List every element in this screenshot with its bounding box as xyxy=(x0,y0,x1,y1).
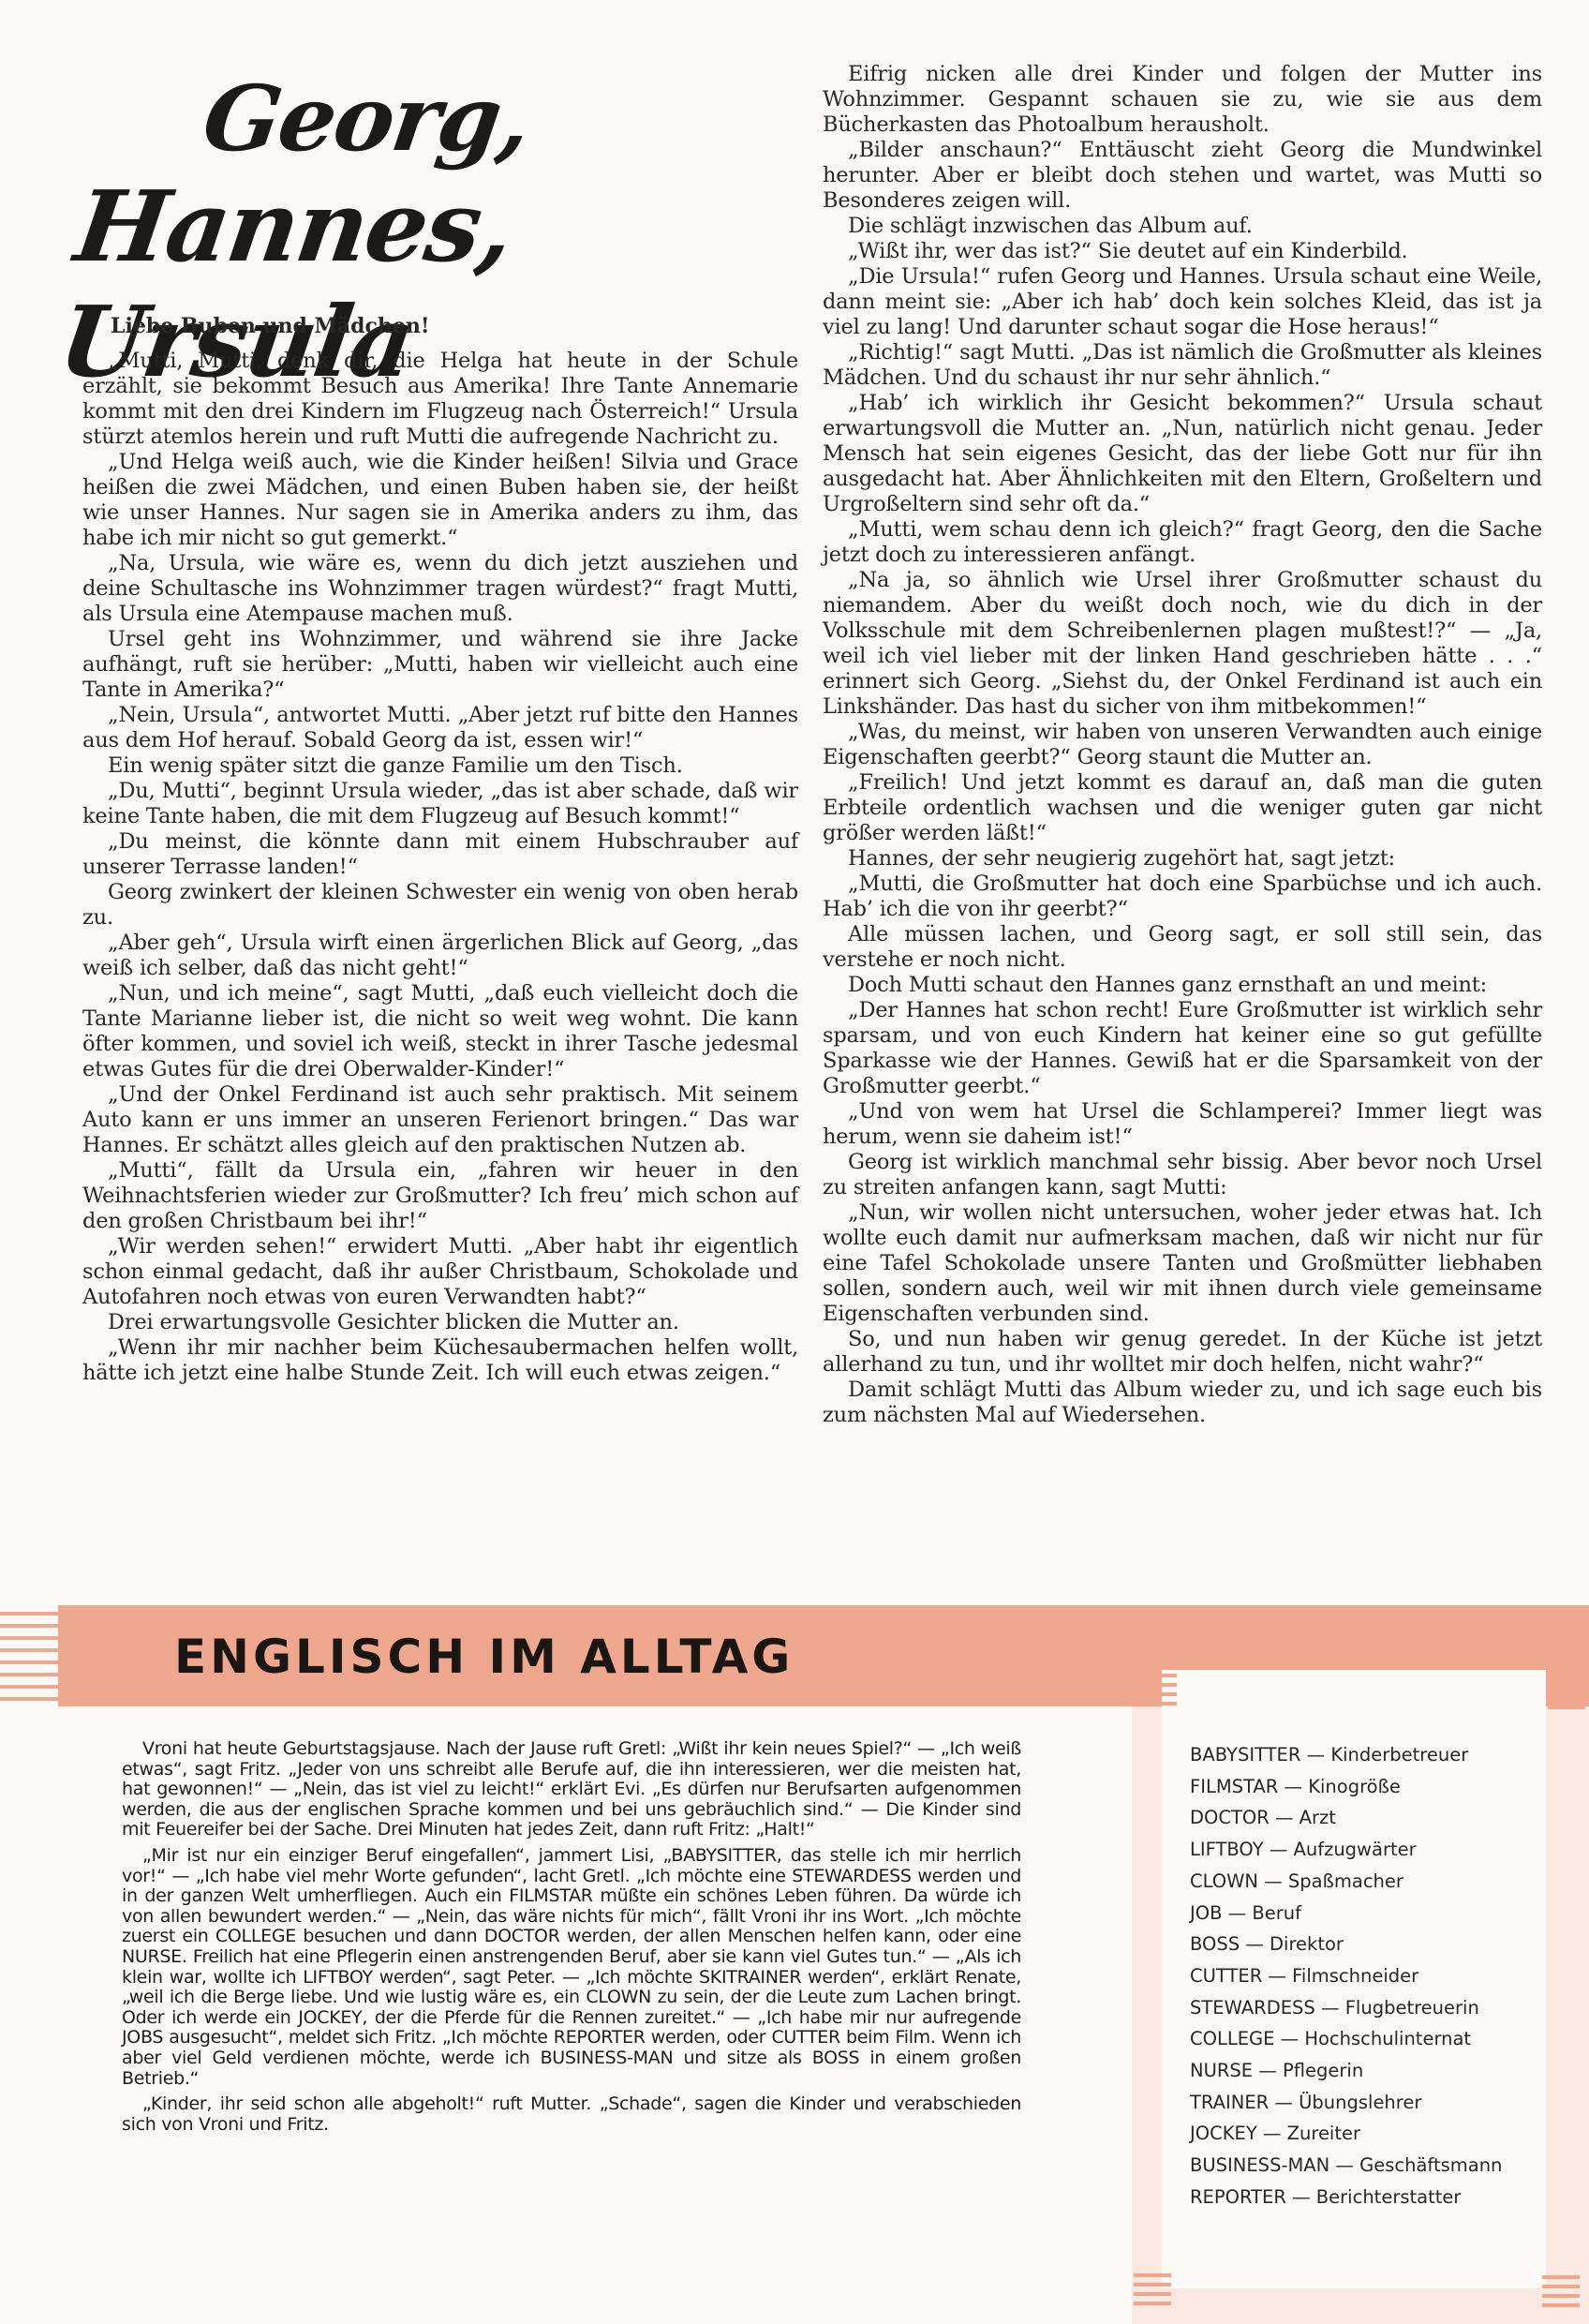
paragraph: Doch Mutti schaut den Hannes ganz ernsth… xyxy=(823,973,1542,998)
paragraph: Alle müssen lachen, und Georg sagt, er s… xyxy=(823,922,1542,973)
vocabulary-glossary: BABYSITTER — Kinderbetreuer FILMSTAR — K… xyxy=(1190,1739,1502,2213)
paragraph: Ursel geht ins Wohnzimmer, und während s… xyxy=(82,627,798,703)
paragraph: „Aber geh“, Ursula wirft einen ärgerlich… xyxy=(82,931,798,981)
glossary-entry: CUTTER — Filmschneider xyxy=(1190,1960,1502,1992)
glossary-entry: CLOWN — Spaßmacher xyxy=(1190,1866,1502,1898)
glossary-stripes-decoration xyxy=(1548,1677,1585,1715)
paragraph: „Mir ist nur ein einziger Beruf eingefal… xyxy=(122,1846,1021,2089)
glossary-stripes-decoration xyxy=(1139,1674,1177,1711)
glossary-entry: LIFTBOY — Aufzugwärter xyxy=(1190,1834,1502,1866)
glossary-entry: DOCTOR — Arzt xyxy=(1190,1802,1502,1834)
article-left-column: „Mutti, Mutti, denk dir, die Helga hat h… xyxy=(82,349,798,1386)
title-line-1: Georg, xyxy=(197,66,536,171)
paragraph: „Wißt ihr, wer das ist?“ Sie deutet auf … xyxy=(823,239,1542,264)
glossary-entry: BOSS — Direktor xyxy=(1190,1929,1502,1960)
paragraph: „Bilder anschaun?“ Enttäuscht zieht Geor… xyxy=(823,138,1542,214)
paragraph: „Wenn ihr mir nachher beim Küchesauberma… xyxy=(82,1335,798,1386)
glossary-entry: BUSINESS-MAN — Geschäftsmann xyxy=(1190,2150,1502,2182)
paragraph: „Na ja, so ähnlich wie Ursel ihrer Großm… xyxy=(823,568,1542,720)
paragraph: „Und von wem hat Ursel die Schlamperei? … xyxy=(823,1099,1542,1150)
paragraph: „Der Hannes hat schon recht! Eure Großmu… xyxy=(823,998,1542,1099)
paragraph: „Kinder, ihr seid schon alle abgeholt!“ … xyxy=(122,2094,1021,2135)
paragraph: „Du, Mutti“, beginnt Ursula wieder, „das… xyxy=(82,779,798,829)
paragraph: Damit schlägt Mutti das Album wieder zu,… xyxy=(823,1378,1542,1428)
english-story: Vroni hat heute Geburtstagsjause. Nach d… xyxy=(122,1739,1021,2140)
glossary-entry: STEWARDESS — Flugbetreuerin xyxy=(1190,1992,1502,2024)
paragraph: Hannes, der sehr neugierig zugehört hat,… xyxy=(823,846,1542,871)
paragraph: „Wir werden sehen!“ erwidert Mutti. „Abe… xyxy=(82,1234,798,1310)
paragraph: „Nun, wir wollen nicht untersuchen, wohe… xyxy=(823,1200,1542,1327)
glossary-entry: JOCKEY — Zureiter xyxy=(1190,2118,1502,2150)
paragraph: „Du meinst, die könnte dann mit einem Hu… xyxy=(82,829,798,880)
paragraph: „Richtig!“ sagt Mutti. „Das ist nämlich … xyxy=(823,340,1542,391)
glossary-entry: TRAINER — Übungslehrer xyxy=(1190,2087,1502,2119)
paragraph: „Mutti, Mutti, denk dir, die Helga hat h… xyxy=(82,349,798,450)
paragraph: Drei erwartungsvolle Gesichter blicken d… xyxy=(82,1310,798,1335)
paragraph: So, und nun haben wir genug geredet. In … xyxy=(823,1327,1542,1378)
article-title: Georg, Hannes, Ursula xyxy=(67,56,756,290)
paragraph: „Freilich! Und jetzt kommt es darauf an,… xyxy=(823,770,1542,846)
paragraph: „Und der Onkel Ferdinand ist auch sehr p… xyxy=(82,1082,798,1158)
paragraph: „Na, Ursula, wie wäre es, wenn du dich j… xyxy=(82,551,798,627)
paragraph: „Nein, Ursula“, antwortet Mutti. „Aber j… xyxy=(82,703,798,753)
paragraph: „Hab’ ich wirklich ihr Gesicht bekommen?… xyxy=(823,391,1542,517)
article-right-column: Eifrig nicken alle drei Kinder und folge… xyxy=(823,62,1542,1428)
paragraph: „Was, du meinst, wir haben von unseren V… xyxy=(823,720,1542,770)
paragraph: „Die Ursula!“ rufen Georg und Hannes. Ur… xyxy=(823,264,1542,340)
paragraph: Vroni hat heute Geburtstagsjause. Nach d… xyxy=(122,1739,1021,1840)
paragraph: „Mutti, die Großmutter hat doch eine Spa… xyxy=(823,871,1542,922)
glossary-stripes-decoration xyxy=(1542,2275,1580,2313)
paragraph: „Mutti, wem schau denn ich gleich?“ frag… xyxy=(823,517,1542,568)
paragraph: Ein wenig später sitzt die ganze Familie… xyxy=(82,753,798,779)
paragraph: „Nun, und ich meine“, sagt Mutti, „daß e… xyxy=(82,981,798,1082)
paragraph: Georg ist wirklich manchmal sehr bissig.… xyxy=(823,1150,1542,1200)
paragraph: Die schlägt inzwischen das Album auf. xyxy=(823,214,1542,239)
paragraph: „Mutti“, fällt da Ursula ein, „fahren wi… xyxy=(82,1158,798,1234)
section-title: ENGLISCH IM ALLTAG xyxy=(174,1630,794,1684)
banner-stripes-decoration xyxy=(0,1612,58,1702)
paragraph: „Und Helga weiß auch, wie die Kinder hei… xyxy=(82,450,798,551)
paragraph: Georg zwinkert der kleinen Schwester ein… xyxy=(82,880,798,931)
glossary-entry: JOB — Beruf xyxy=(1190,1898,1502,1929)
paragraph: Eifrig nicken alle drei Kinder und folge… xyxy=(823,62,1542,138)
glossary-entry: FILMSTAR — Kinogröße xyxy=(1190,1771,1502,1803)
glossary-stripes-decoration xyxy=(1134,2273,1171,2311)
glossary-entry: REPORTER — Berichterstatter xyxy=(1190,2182,1502,2213)
glossary-entry: COLLEGE — Hochschulinternat xyxy=(1190,2023,1502,2055)
glossary-entry: NURSE — Pflegerin xyxy=(1190,2055,1502,2087)
glossary-entry: BABYSITTER — Kinderbetreuer xyxy=(1190,1739,1502,1771)
greeting-heading: Liebe Buben und Mädchen! xyxy=(111,314,430,338)
